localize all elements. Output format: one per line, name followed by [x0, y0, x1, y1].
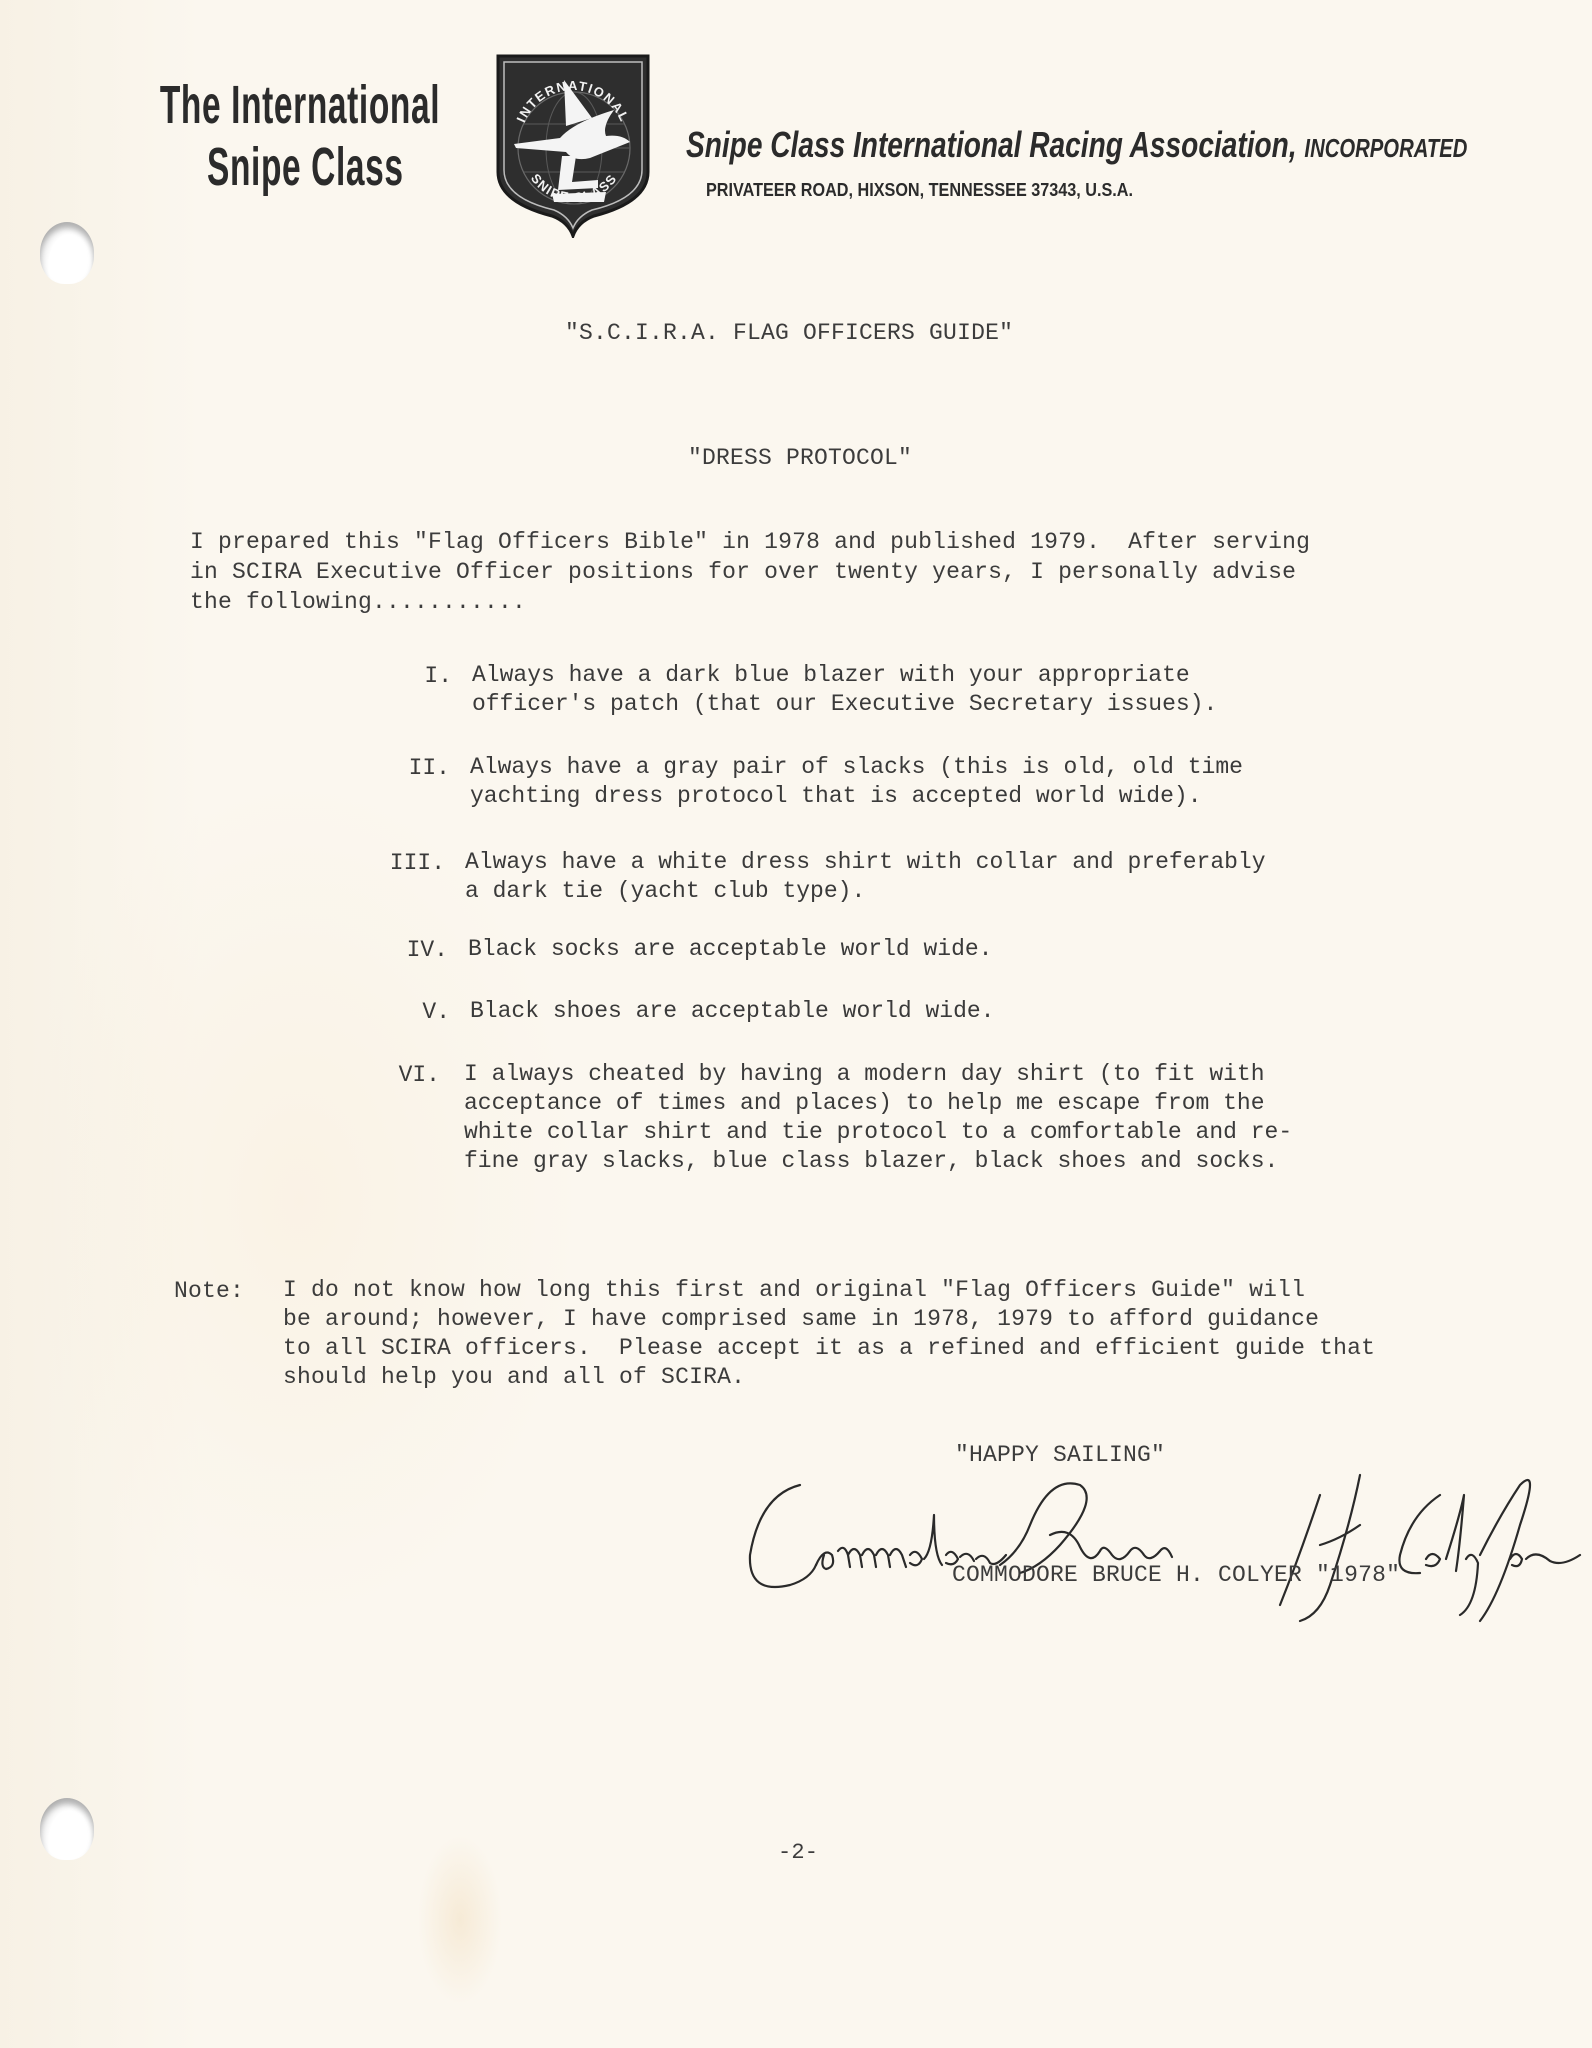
printed-signatory-name: COMMODORE BRUCE H. COLYER "1978" — [952, 1560, 1400, 1590]
punch-hole — [40, 222, 94, 284]
association-name: Snipe Class International Racing Associa… — [686, 124, 1467, 166]
list-text: Always have a gray pair of slacks (this … — [470, 753, 1243, 811]
page-number: -2- — [778, 1838, 818, 1868]
list-text: I always cheated by having a modern day … — [464, 1060, 1292, 1176]
handwritten-signature: Commodore Bruce H Colyer — [720, 1455, 1592, 1625]
list-numeral: II. — [380, 753, 450, 783]
list-numeral: III. — [375, 848, 445, 878]
class-wordmark: The International Snipe Class — [207, 74, 393, 198]
incorporated-suffix: INCORPORATED — [1304, 133, 1467, 163]
note-label: Note: — [174, 1276, 244, 1306]
wordmark-line-2: Snipe Class — [207, 136, 393, 198]
list-text: Black shoes are acceptable world wide. — [470, 997, 995, 1026]
list-numeral: VI. — [370, 1060, 440, 1090]
snipe-class-shield-icon: INTERNATIONAL SNIPE CLASS — [494, 52, 652, 238]
list-text: Black socks are acceptable world wide. — [468, 935, 993, 964]
intro-paragraph: I prepared this "Flag Officers Bible" in… — [190, 527, 1310, 617]
document-title: "S.C.I.R.A. FLAG OFFICERS GUIDE" — [565, 318, 1013, 348]
wordmark-line-1: The International — [133, 74, 468, 136]
list-numeral: I. — [382, 661, 452, 691]
list-text: Always have a white dress shirt with col… — [465, 848, 1266, 906]
association-address: PRIVATEER ROAD, HIXSON, TENNESSEE 37343,… — [706, 180, 1590, 201]
list-numeral: IV. — [378, 935, 448, 965]
punch-hole — [40, 1798, 94, 1860]
association-block: Snipe Class International Racing Associa… — [686, 124, 1592, 201]
document-subtitle: "DRESS PROTOCOL" — [688, 443, 912, 473]
list-numeral: V. — [380, 997, 450, 1027]
note-text: I do not know how long this first and or… — [283, 1276, 1375, 1392]
list-text: Always have a dark blue blazer with your… — [472, 661, 1217, 719]
